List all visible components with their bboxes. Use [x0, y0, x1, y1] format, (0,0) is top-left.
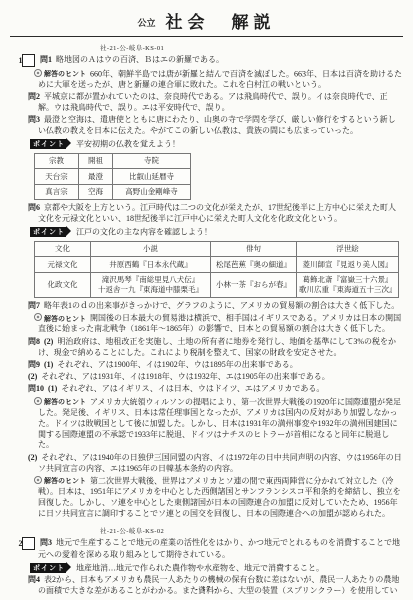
table-header-row: 文化小説俳句浮世絵	[35, 241, 399, 257]
question-paragraph: 問9(1)それぞれ、アは1900年、イは1902年、ウは1895年の出来事である…	[38, 360, 403, 371]
table-header-cell: 開祖	[79, 153, 113, 169]
question-paragraph: 問8(2)明治政府は、地租改正を実施し、土地の所有者に地券を発行し、地価を基準に…	[38, 337, 403, 359]
question-label: 問4	[28, 575, 40, 584]
table-cell: 高野山金剛峰寺	[113, 184, 191, 200]
question-label: 問6	[28, 203, 40, 212]
lightbulb-icon	[34, 313, 42, 321]
table-header-cell: 寺院	[113, 153, 191, 169]
question-text: 略地図のＡはウの百済、Ｂはエの新羅である。	[56, 55, 224, 64]
hint-label: 解答のヒント	[44, 315, 86, 323]
table-header-cell: 俳句	[211, 241, 297, 257]
table-cell: 比叡山延暦寺	[113, 169, 191, 185]
question-label: 問1	[40, 55, 52, 64]
table-cell-line: 滝沢馬琴『南総里見八犬伝』	[93, 275, 208, 285]
hint-label: 解答のヒント	[44, 398, 86, 406]
lightbulb-icon	[34, 476, 42, 484]
point-text: 平安初期の仏教を覚えよう！	[76, 140, 180, 149]
question-sub-label: (1)	[44, 360, 53, 369]
title-bar: 公立社会 解説	[8, 6, 405, 33]
table-cell: 化政文化	[35, 272, 91, 297]
hint-paragraph: 解答のヒントアメリカ大統領ウィルソンの提唱により、第一次世界大戦後の1920年に…	[38, 397, 403, 451]
question-paragraph: 問2平城京に都が置かれていたのは、奈良時代である。アは飛鳥時代で、誤り。イは奈良…	[38, 92, 403, 114]
content: 社-21-公-岐阜-KS-011問1略地図のＡはウの百済、Ｂはエの新羅である。解…	[8, 43, 405, 596]
question-sub-label: (2)	[44, 337, 53, 346]
table-header-cell: 宗教	[35, 153, 79, 169]
lightbulb-icon	[34, 69, 42, 77]
table: 文化小説俳句浮世絵元禄文化井原西鶴『日本永代蔵』松尾芭蕉『奥の細道』菱川師宣『見…	[34, 241, 399, 298]
point-text: 地産地消…地元で作られた農作物や水産物を、地元で消費すること。	[76, 563, 324, 572]
point-text: 江戸の文化の主な内容を確認しよう！	[76, 228, 212, 237]
question-text: それぞれ、アは1900年、イは1902年、ウは1895年の出来事である。	[57, 360, 297, 369]
question-text: それぞれ、アはイギリス、イは日本、ウはドイツ、エはアメリカである。	[61, 384, 324, 393]
doc-code: 社-21-公-岐阜-KS-02	[100, 526, 405, 535]
table-row: 天台宗最澄比叡山延暦寺	[35, 169, 191, 185]
question-paragraph: 問3最澄と空海は、遣唐使とともに唐にわたり、山奥の寺で学問を学び、厳しい修行をす…	[38, 115, 403, 137]
question-text: 平城京に都が置かれていたのは、奈良時代である。アは飛鳥時代で、誤り。イは奈良時代…	[38, 92, 388, 112]
title-rule	[10, 36, 403, 37]
question-text: それぞれ、アは1940年の日独伊三国同盟の内容、イは1972年の日中共同声明の内…	[38, 453, 402, 473]
table-cell: 葛飾北斎『富嶽三十六景』歌川広重『東海道五十三次』	[297, 272, 399, 297]
question-paragraph: (2)それぞれ、アは1931年、イは1918年、ウは1932年、エは1905年の…	[38, 372, 403, 383]
table-cell-line: 歌川広重『東海道五十三次』	[299, 285, 396, 295]
title-prefix: 公立	[137, 18, 155, 28]
reference-table: 宗教開祖寺院天台宗最澄比叡山延暦寺真言宗空海高野山金剛峰寺	[34, 153, 405, 201]
point-badge: ポイント	[30, 563, 66, 573]
question-paragraph: 2問3地元で生産することで地元の産業の活性化をはかり、かつ地元でとれるものを消費…	[38, 537, 403, 561]
hint-paragraph: 解答のヒント第二次世界大戦後、世界はアメリカとソ連の間で東西両陣営に分かれて対立…	[38, 476, 403, 520]
reference-table: 文化小説俳句浮世絵元禄文化井原西鶴『日本永代蔵』松尾芭蕉『奥の細道』菱川師宣『見…	[34, 241, 405, 298]
hint-label: 解答のヒント	[44, 477, 86, 485]
chevron-right-icon	[66, 226, 71, 236]
question-text: それぞれ、アは1931年、イは1918年、ウは1932年、エは1905年の出来事…	[41, 372, 329, 381]
table-row: 化政文化滝沢馬琴『南総里見八犬伝』十返舎一九『東海道中膝栗毛』小林一茶『おらが春…	[35, 272, 399, 297]
hint-label: 解答のヒント	[44, 70, 86, 78]
table-row: 真言宗空海高野山金剛峰寺	[35, 184, 191, 200]
hint-paragraph: 解答のヒント660年、朝鮮半島では唐が新羅と結んで百済を滅ぼした。663年、日本…	[38, 69, 403, 91]
question-paragraph: (2)それぞれ、アは1940年の日独伊三国同盟の内容、イは1972年の日中共同声…	[38, 453, 403, 475]
point-row: ポイント地産地消…地元で作られた農作物や水産物を、地元で消費すること。	[30, 562, 403, 574]
question-label: 問3	[40, 538, 52, 547]
hint-text: アメリカ大統領ウィルソンの提唱により、第一次世界大戦後の1920年に国際連盟が発…	[38, 397, 401, 449]
question-sub-label: (1)	[48, 384, 57, 393]
chevron-right-icon	[66, 562, 71, 572]
doc-code: 社-21-公-岐阜-KS-01	[100, 43, 405, 52]
table-header-cell: 浮世絵	[297, 241, 399, 257]
question-paragraph: 問10(1)それぞれ、アはイギリス、イは日本、ウはドイツ、エはアメリカである。	[38, 384, 403, 395]
hint-text: 660年、朝鮮半島では唐が新羅と結んで百済を滅ぼした。663年、日本は百済を助け…	[38, 69, 402, 89]
lightbulb-icon	[34, 397, 42, 405]
point-badge: ポイント	[30, 227, 66, 237]
table-cell: 最澄	[79, 169, 113, 185]
table-cell: 菱川師宣『見返り美人図』	[297, 257, 399, 273]
table-row: 元禄文化井原西鶴『日本永代蔵』松尾芭蕉『奥の細道』菱川師宣『見返り美人図』	[35, 257, 399, 273]
question-label: 問2	[28, 92, 40, 101]
point-row: ポイント平安初期の仏教を覚えよう！	[30, 138, 403, 150]
question-text: 最澄と空海は、遣唐使とともに唐にわたり、山奥の寺で学問を学び、厳しい修行をすると…	[38, 115, 396, 135]
document-page: 公立社会 解説 社-21-公-岐阜-KS-011問1略地図のＡはウの百済、Ｂはエ…	[0, 0, 413, 600]
table-cell: 松尾芭蕉『奥の細道』	[211, 257, 297, 273]
question-text: 明治政府は、地租改正を実施し、土地の所有者に地券を発行し、地価を基準にして3%の…	[38, 337, 396, 357]
question-text: 京都や大阪を上方という。江戸時代は二つの文化が栄えたが、17世紀後半に上方中心に…	[38, 203, 396, 223]
table-cell: 滝沢馬琴『南総里見八犬伝』十返舎一九『東海道中膝栗毛』	[91, 272, 211, 297]
table-header-cell: 小説	[91, 241, 211, 257]
table-cell: 小林一茶『おらが春』	[211, 272, 297, 297]
table-cell: 天台宗	[35, 169, 79, 185]
table-cell: 空海	[79, 184, 113, 200]
section-number-box: 2	[22, 537, 35, 550]
question-sub-label: (2)	[28, 372, 37, 381]
section-number-box: 1	[22, 54, 35, 67]
hint-text: 開国後の日本最大の貿易港は横浜で、相手国はイギリスである。アメリカは日本の開国直…	[38, 314, 401, 334]
question-text: 略年表1のｄの出来事がきっかけで、グラフのように、アメリカの貿易額の割合は大きく…	[44, 301, 399, 310]
table-cell-line: 十返舎一九『東海道中膝栗毛』	[93, 285, 208, 295]
question-label: 問10	[28, 384, 44, 393]
page-number: - 17 -	[0, 584, 413, 593]
question-label: 問3	[28, 115, 40, 124]
table-cell: 井原西鶴『日本永代蔵』	[91, 257, 211, 273]
question-paragraph: 1問1略地図のＡはウの百済、Ｂはエの新羅である。	[38, 54, 403, 67]
chevron-right-icon	[66, 138, 71, 148]
page-title: 社会 解説	[166, 13, 276, 32]
question-label: 問8	[28, 337, 40, 346]
hint-paragraph: 解答のヒント開国後の日本最大の貿易港は横浜で、相手国はイギリスである。アメリカは…	[38, 313, 403, 335]
question-label: 問7	[28, 301, 40, 310]
question-label: 問9	[28, 360, 40, 369]
question-paragraph: 問7略年表1のｄの出来事がきっかけで、グラフのように、アメリカの貿易額の割合は大…	[38, 301, 403, 312]
table-cell: 元禄文化	[35, 257, 91, 273]
hint-text: 第二次世界大戦後、世界はアメリカとソ連の間で東西両陣営に分かれて対立した（冷戦）…	[38, 476, 401, 517]
question-text: 地元で生産することで地元の産業の活性化をはかり、かつ地元でとれるものを消費するこ…	[38, 538, 400, 559]
table-header-cell: 文化	[35, 241, 91, 257]
question-paragraph: 問6京都や大阪を上方という。江戸時代は二つの文化が栄えたが、17世紀後半に上方中…	[38, 203, 403, 225]
point-row: ポイント江戸の文化の主な内容を確認しよう！	[30, 226, 403, 238]
table: 宗教開祖寺院天台宗最澄比叡山延暦寺真言宗空海高野山金剛峰寺	[34, 153, 191, 201]
table-cell: 真言宗	[35, 184, 79, 200]
table-cell-line: 葛飾北斎『富嶽三十六景』	[299, 275, 396, 285]
point-badge: ポイント	[30, 139, 66, 149]
table-header-row: 宗教開祖寺院	[35, 153, 191, 169]
question-sub-label: (2)	[28, 453, 37, 462]
